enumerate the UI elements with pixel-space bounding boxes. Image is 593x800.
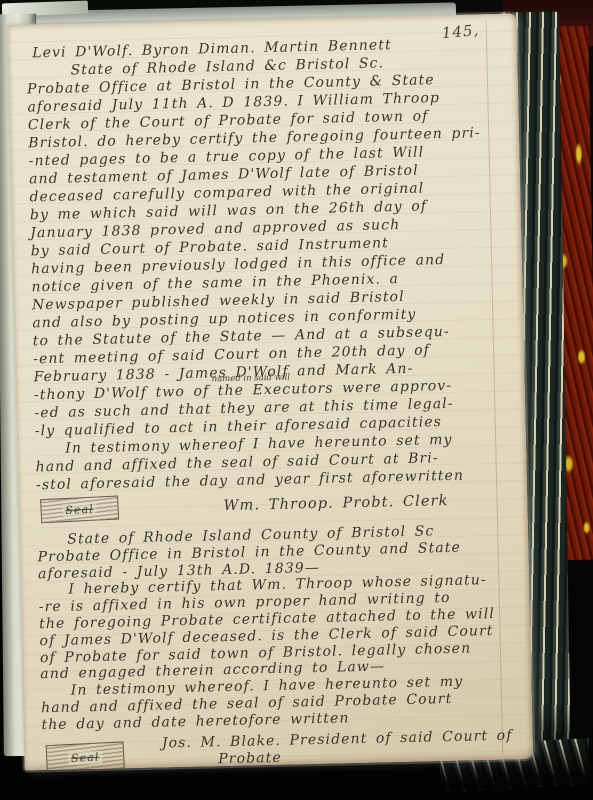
manuscript-page: 145, Levi D'Wolf. Byron Diman. Martin Be… [8, 13, 534, 770]
seal-scribble: Seal [40, 495, 119, 523]
certificate-section-2: State of Rhode Island County of Bristol … [37, 522, 497, 771]
seal-label: Seal [62, 502, 97, 517]
seal-scribble: Seal [46, 741, 125, 771]
seal-label: Seal [68, 750, 103, 765]
clerk-signature: Wm. Throop. Probt. Clerk [223, 493, 448, 514]
certificate-section-1: Levi D'Wolf. Byron Diman. Martin Bennett… [26, 34, 492, 523]
interline-insertion: named in said will [212, 374, 291, 384]
signature-row: Seal Jos. M. Blake. President of said Co… [42, 728, 498, 771]
